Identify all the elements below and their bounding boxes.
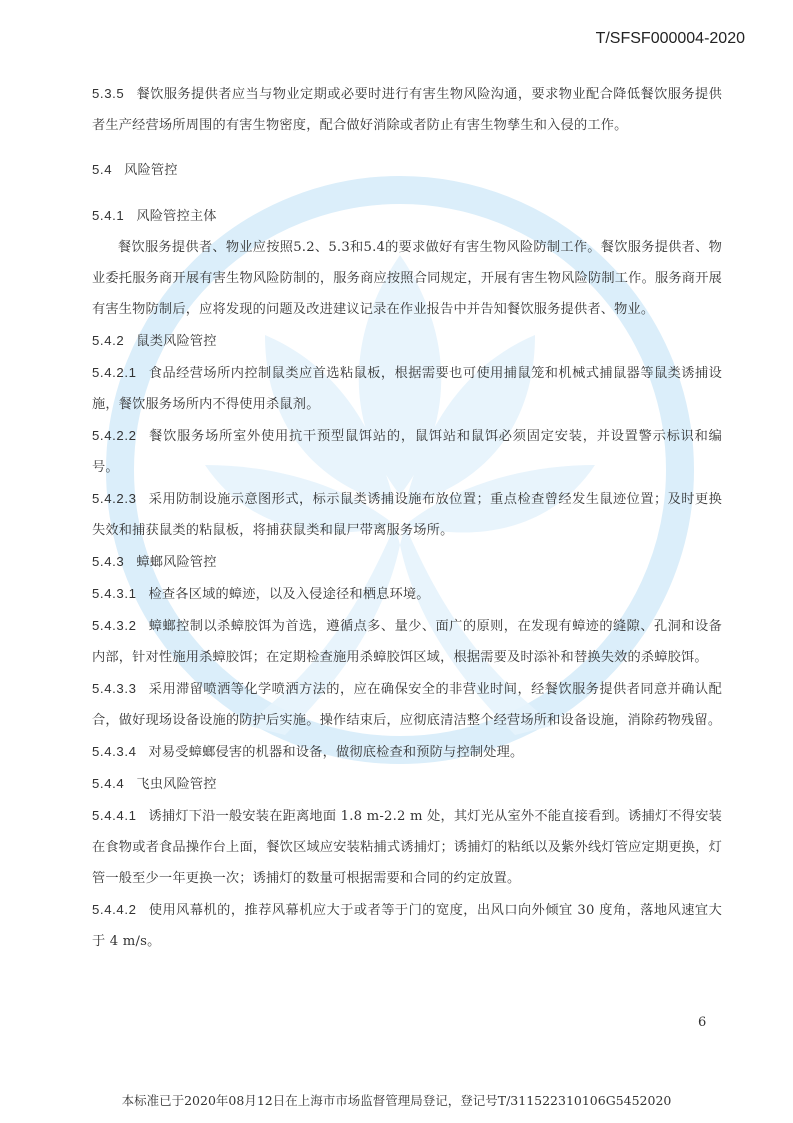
clause-text: 餐饮服务提供者应当与物业定期或必要时进行有害生物风险沟通，要求物业配合降低餐饮服… — [92, 87, 722, 133]
clause-number: 5.4.2 — [92, 333, 124, 348]
heading-text: 风险管控主体 — [136, 209, 216, 224]
clause-number: 5.4.2.2 — [92, 428, 137, 443]
heading-text: 风险管控 — [124, 163, 178, 178]
clause-5-4-2-1: 5.4.2.1食品经营场所内控制鼠类应首选粘鼠板，根据需要也可使用捕鼠笼和机械式… — [92, 357, 722, 420]
clause-number: 5.4.1 — [92, 208, 124, 223]
paragraph-text: 餐饮服务提供者、物业应按照5.2、5.3和5.4的要求做好有害生物风险防制工作。… — [92, 240, 722, 317]
section-heading-5-4: 5.4风险管控 — [92, 159, 722, 182]
clause-number: 5.4.4 — [92, 776, 124, 791]
clause-number: 5.4.3.4 — [92, 744, 137, 759]
clause-number: 5.3.5 — [92, 86, 124, 101]
document-body: 5.3.5餐饮服务提供者应当与物业定期或必要时进行有害生物风险沟通，要求物业配合… — [92, 78, 722, 957]
clause-5-4-2-3: 5.4.2.3采用防制设施示意图形式，标示鼠类诱捕设施布放位置；重点检查曾经发生… — [92, 483, 722, 546]
heading-text: 鼠类风险管控 — [136, 334, 216, 349]
clause-number: 5.4.3.1 — [92, 586, 137, 601]
subsection-heading-5-4-2: 5.4.2鼠类风险管控 — [92, 325, 722, 357]
clause-number: 5.4.4.1 — [92, 808, 137, 823]
clause-text: 使用风幕机的，推荐风幕机应大于或者等于门的宽度，出风口向外倾宜 30 度角，落地… — [92, 903, 722, 949]
clause-number: 5.4.3.2 — [92, 618, 137, 633]
clause-text: 餐饮服务场所室外使用抗干预型鼠饵站的，鼠饵站和鼠饵必须固定安装，并设置警示标识和… — [92, 429, 722, 475]
clause-5-3-5: 5.3.5餐饮服务提供者应当与物业定期或必要时进行有害生物风险沟通，要求物业配合… — [92, 78, 722, 141]
clause-number: 5.4.3.3 — [92, 681, 137, 696]
page-number: 6 — [698, 1015, 706, 1030]
clause-5-4-3-2: 5.4.3.2蟑螂控制以杀蟑胶饵为首选，遵循点多、量少、面广的原则，在发现有蟑迹… — [92, 610, 722, 673]
clause-number: 5.4.3 — [92, 554, 124, 569]
clause-text: 采用防制设施示意图形式，标示鼠类诱捕设施布放位置；重点检查曾经发生鼠迹位置；及时… — [92, 492, 722, 538]
clause-number: 5.4.2.3 — [92, 491, 137, 506]
clause-number: 5.4.2.1 — [92, 365, 137, 380]
subsection-heading-5-4-4: 5.4.4飞虫风险管控 — [92, 768, 722, 800]
clause-text: 对易受蟑螂侵害的机器和设备，做彻底检查和预防与控制处理。 — [149, 745, 524, 760]
subsection-heading-5-4-3: 5.4.3蟑螂风险管控 — [92, 546, 722, 578]
clause-5-4-3-4: 5.4.3.4对易受蟑螂侵害的机器和设备，做彻底检查和预防与控制处理。 — [92, 736, 722, 768]
clause-5-4-2-2: 5.4.2.2餐饮服务场所室外使用抗干预型鼠饵站的，鼠饵站和鼠饵必须固定安装，并… — [92, 420, 722, 483]
heading-text: 飞虫风险管控 — [136, 777, 216, 792]
clause-text: 诱捕灯下沿一般安装在距离地面 1.8 m-2.2 m 处，其灯光从室外不能直接看… — [92, 809, 722, 886]
clause-text: 蟑螂控制以杀蟑胶饵为首选，遵循点多、量少、面广的原则，在发现有蟑迹的缝隙、孔洞和… — [92, 619, 722, 665]
clause-text: 检查各区域的蟑迹，以及入侵途径和栖息环境。 — [149, 587, 430, 602]
clause-5-4-3-1: 5.4.3.1检查各区域的蟑迹，以及入侵途径和栖息环境。 — [92, 578, 722, 610]
clause-number: 5.4.4.2 — [92, 902, 137, 917]
clause-text: 采用滞留喷洒等化学喷洒方法的，应在确保安全的非营业时间，经餐饮服务提供者同意并确… — [92, 682, 722, 728]
subsection-heading-5-4-1: 5.4.1风险管控主体 — [92, 200, 722, 232]
clause-5-4-3-3: 5.4.3.3采用滞留喷洒等化学喷洒方法的，应在确保安全的非营业时间，经餐饮服务… — [92, 673, 722, 736]
clause-5-4-4-1: 5.4.4.1诱捕灯下沿一般安装在距离地面 1.8 m-2.2 m 处，其灯光从… — [92, 800, 722, 894]
registration-footer: 本标准已于2020年08月12日在上海市市场监督管理局登记，登记号T/31152… — [0, 1091, 793, 1109]
clause-number: 5.4 — [92, 162, 112, 177]
paragraph-risk-control-subject: 餐饮服务提供者、物业应按照5.2、5.3和5.4的要求做好有害生物风险防制工作。… — [92, 232, 722, 325]
clause-5-4-4-2: 5.4.4.2使用风幕机的，推荐风幕机应大于或者等于门的宽度，出风口向外倾宜 3… — [92, 894, 722, 957]
heading-text: 蟑螂风险管控 — [136, 555, 216, 570]
standard-code: T/SFSF000004-2020 — [596, 30, 745, 48]
clause-text: 食品经营场所内控制鼠类应首选粘鼠板，根据需要也可使用捕鼠笼和机械式捕鼠器等鼠类诱… — [92, 366, 722, 412]
